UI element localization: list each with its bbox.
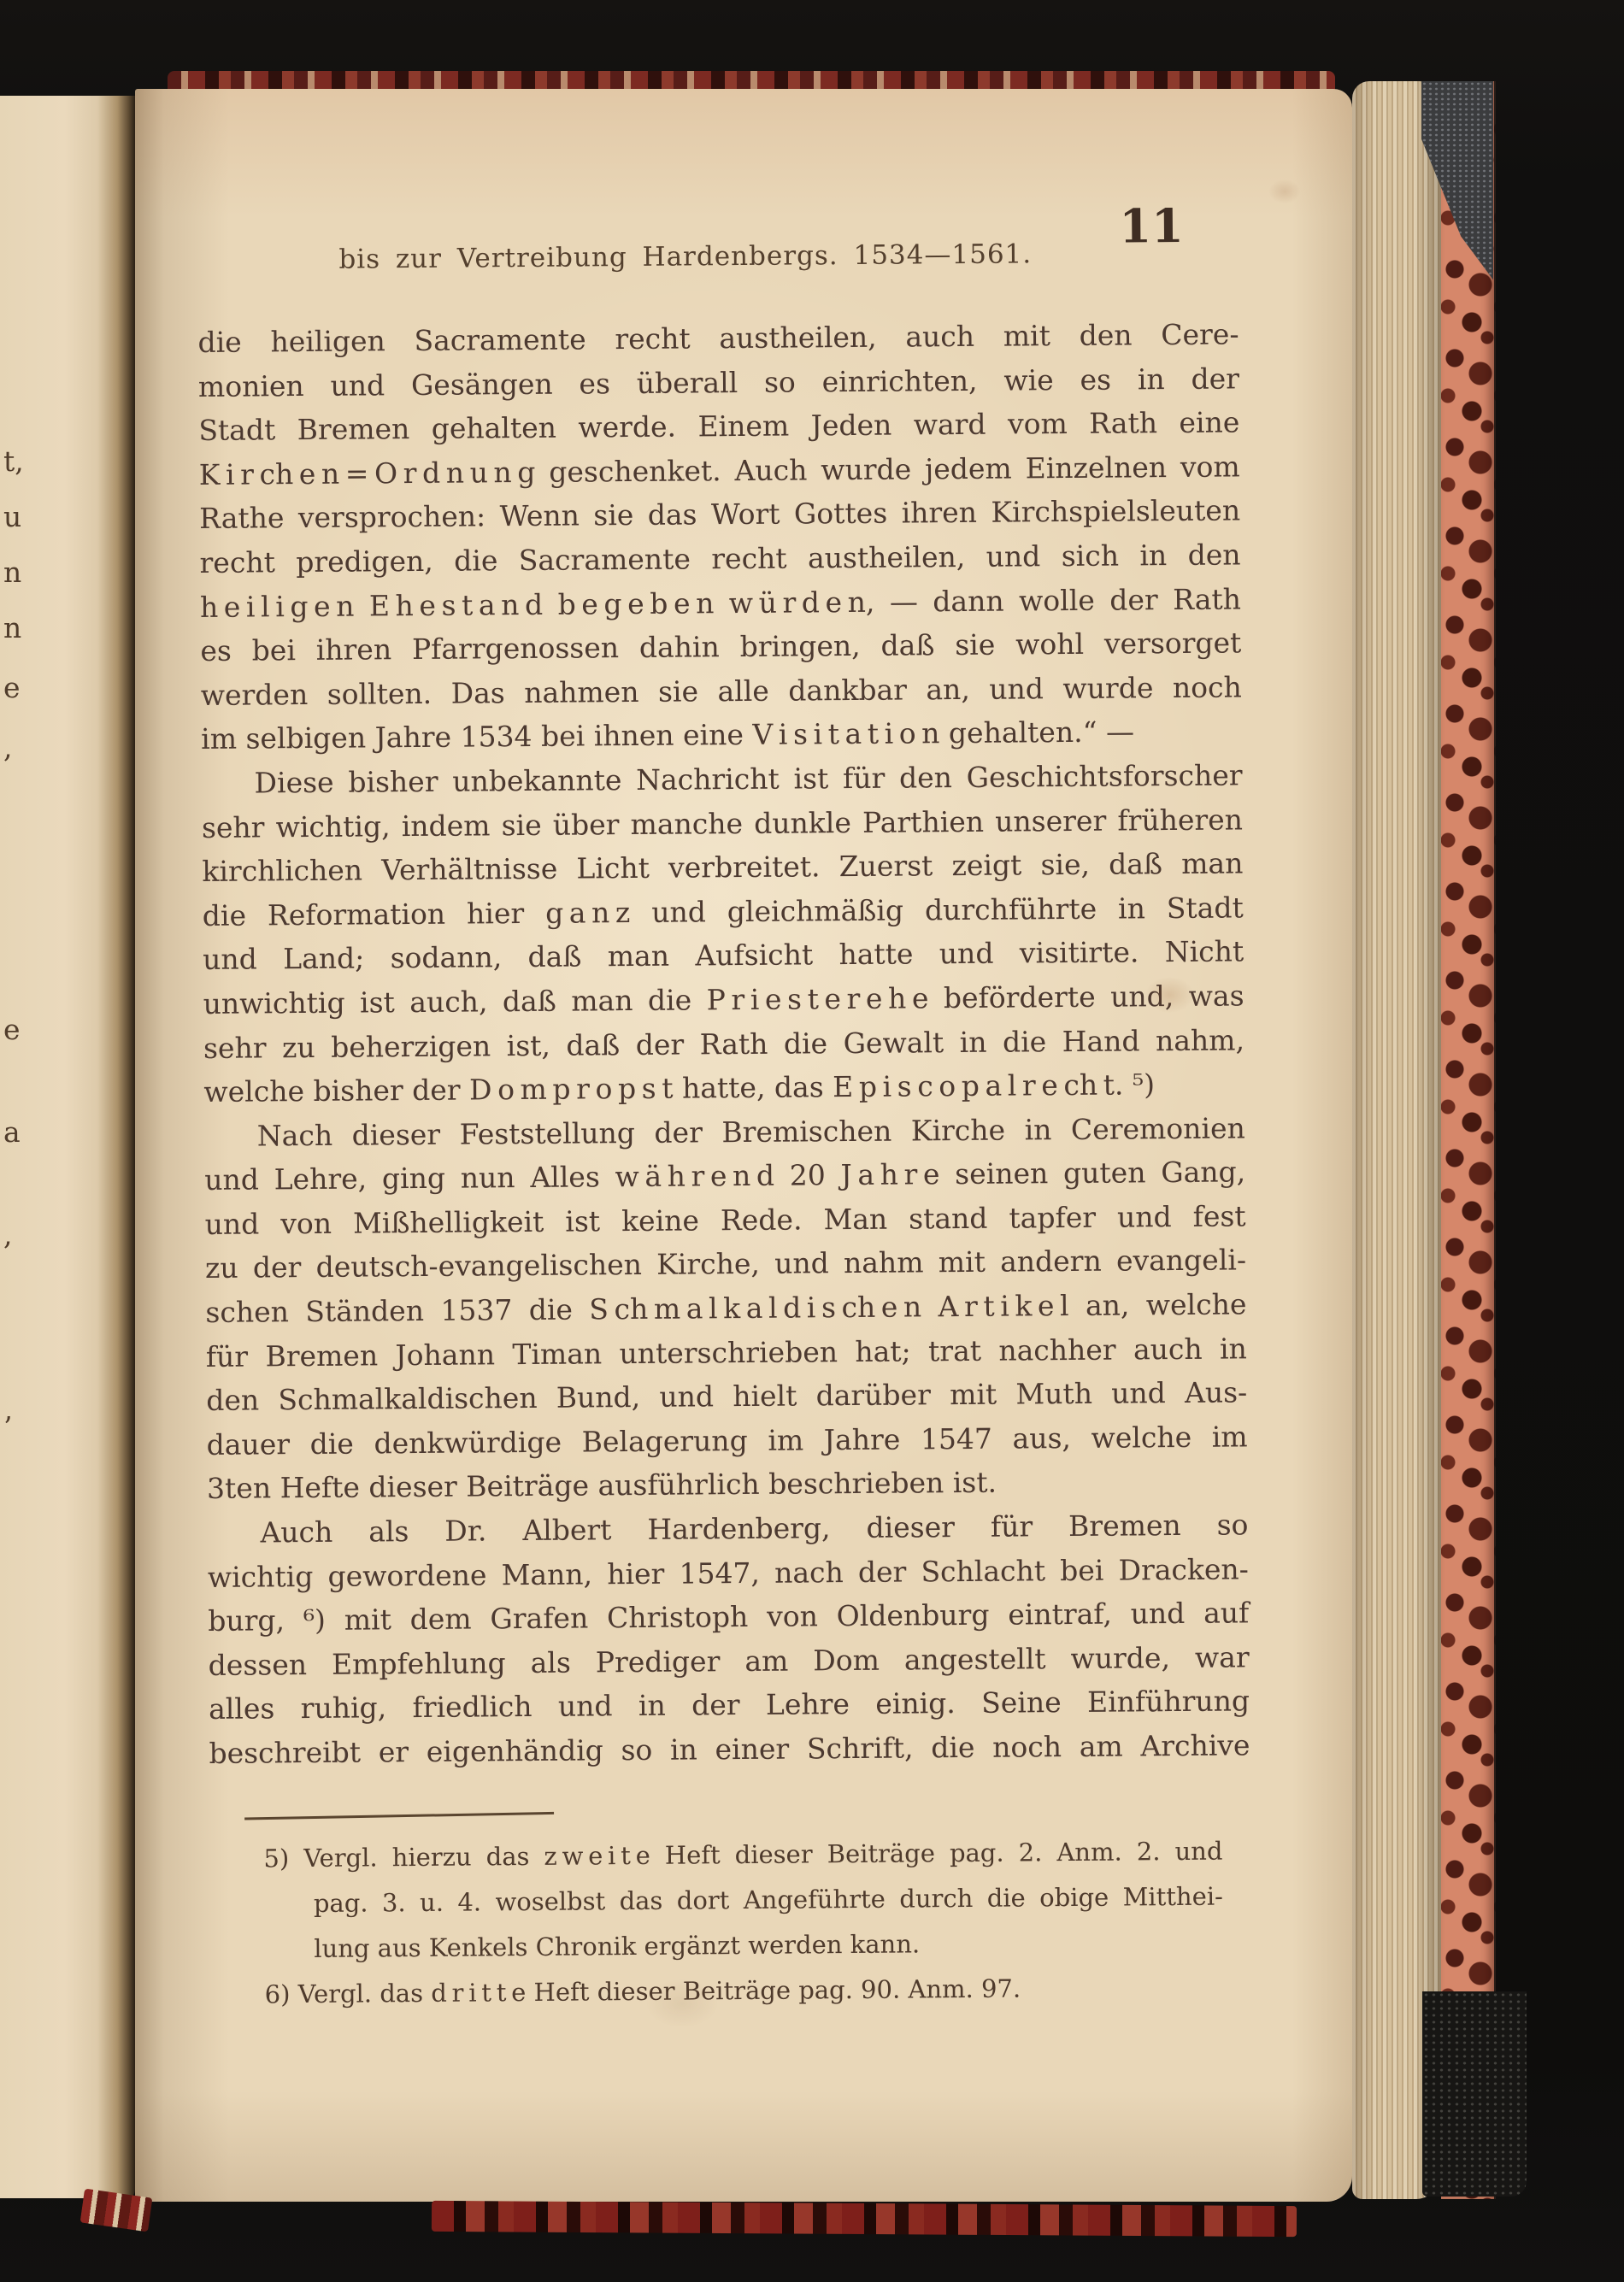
text-line: Auch als Dr. Albert Hardenberg, dieser f… (207, 1503, 1248, 1555)
text-line: dauer die denkwürdige Belagerung im Jahr… (206, 1414, 1247, 1467)
text-line: für Bremen Johann Timan unterschrieben h… (206, 1326, 1247, 1379)
page-block-fore-edge (1352, 81, 1441, 2199)
text-line: Nach dieser Feststellung der Bremischen … (204, 1106, 1245, 1158)
text-line: monien und Gesängen es überall so einric… (198, 356, 1239, 409)
text-line: sehr wichtig, indem sie über manche dunk… (202, 797, 1243, 850)
text-line: welche bisher der D o m p r o p s t hatt… (203, 1062, 1244, 1114)
text-line: und Lehre, ging nun Alles w ä h r e n d … (204, 1150, 1245, 1203)
text-line: und von Mißhelligkeit ist keine Rede. Ma… (204, 1194, 1245, 1246)
text-line: burg, ⁶) mit dem Grafen Christoph von Ol… (208, 1591, 1249, 1644)
text-line: 6) Vergl. das d r i t t e Heft dieser Be… (265, 1965, 1224, 2018)
book-bottom-edge-decoration (432, 2201, 1297, 2237)
footnotes: 5) Vergl. hierzu das z w e i t e Heft di… (263, 1829, 1224, 2018)
text-line: Stadt Bremen gehalten werde. Einem Jeden… (198, 401, 1239, 453)
text-line: es bei ihren Pfarrgenossen dahin bringen… (200, 621, 1241, 673)
book-page: bis zur Vertreibung Hardenbergs. 1534—15… (135, 89, 1352, 2202)
text-line: alles ruhig, friedlich und in der Lehre … (209, 1679, 1250, 1732)
footnote-separator (244, 1812, 554, 1820)
text-line: und Land; sodann, daß man Aufsicht hatte… (203, 930, 1244, 982)
text-line: im selbigen Jahre 1534 bei ihnen eine V … (201, 709, 1242, 762)
facing-page-text-fragment: , (3, 731, 13, 764)
page-text-block: bis zur Vertreibung Hardenbergs. 1534—15… (128, 84, 1362, 2206)
text-line: dessen Empfehlung als Prediger am Dom an… (208, 1635, 1249, 1687)
text-line: Rathe versprochen: Wenn sie das Wort Got… (199, 489, 1240, 541)
text-line: unwichtig ist auch, daß man die P r i e … (203, 973, 1244, 1026)
text-line: den Schmalkaldischen Bund, und hielt dar… (206, 1371, 1247, 1423)
text-line: 3ten Hefte dieser Beiträge ausführlich b… (207, 1459, 1248, 1511)
text-line: die heiligen Sacramente recht austheilen… (197, 312, 1239, 364)
text-line: wichtig gewordene Mann, hier 1547, nach … (208, 1547, 1249, 1599)
text-line: 5) Vergl. hierzu das z w e i t e Heft di… (263, 1829, 1222, 1882)
facing-page-text-fragment: , (3, 1218, 13, 1251)
running-header: bis zur Vertreibung Hardenbergs. 1534—15… (258, 238, 1113, 276)
cover-marbled-edge (1441, 81, 1496, 2199)
text-line: lung aus Kenkels Chronik ergänzt werden … (314, 1920, 1223, 1972)
text-line: Diese bisher unbekannte Nachricht ist fü… (201, 753, 1242, 805)
page-number: 11 (1119, 198, 1184, 254)
facing-page-edge: t,unne,ea,’ (0, 96, 135, 2198)
facing-page-text-fragment: e (3, 671, 21, 704)
text-line: die Reformation hier g a n z und gleichm… (203, 885, 1244, 938)
facing-page-text-fragment: ’ (3, 1410, 13, 1444)
facing-page-text-fragment: u (3, 500, 21, 533)
facing-page-text-fragment: t, (3, 444, 24, 478)
body-text: die heiligen Sacramente recht austheilen… (197, 312, 1250, 1775)
text-line: schen Ständen 1537 die S ch m a l k a l … (205, 1282, 1246, 1334)
text-line: recht predigen, die Sacramente recht aus… (199, 532, 1240, 585)
text-line: zu der deutsch-evangelischen Kirche, und… (205, 1238, 1246, 1291)
book-photo: t,unne,ea,’ bis zur Vertreibung Hardenbe… (0, 0, 1624, 2282)
text-line: beschreibt er eigenhändig so in einer Sc… (209, 1723, 1250, 1775)
cover-cloth-texture (1422, 1991, 1527, 2197)
facing-page-text-fragment: e (3, 1013, 21, 1046)
text-line: pag. 3. u. 4. woselbst das dort Angeführ… (314, 1874, 1223, 1926)
text-line: kirchlichen Verhältnisse Licht verbreite… (202, 842, 1243, 894)
text-line: h e i l i g e n E h e s t a n d b e g e … (200, 577, 1241, 629)
text-line: werden sollten. Das nahmen sie alle dank… (201, 665, 1242, 717)
facing-page-text-fragment: a (3, 1115, 21, 1149)
text-line: K i r ch e n = O r d n u n g geschenket.… (199, 444, 1240, 497)
facing-page-text-fragment: n (3, 556, 21, 589)
text-line: sehr zu beherzigen ist, daß der Rath die… (203, 1018, 1244, 1070)
facing-page-text-fragment: n (3, 611, 21, 644)
